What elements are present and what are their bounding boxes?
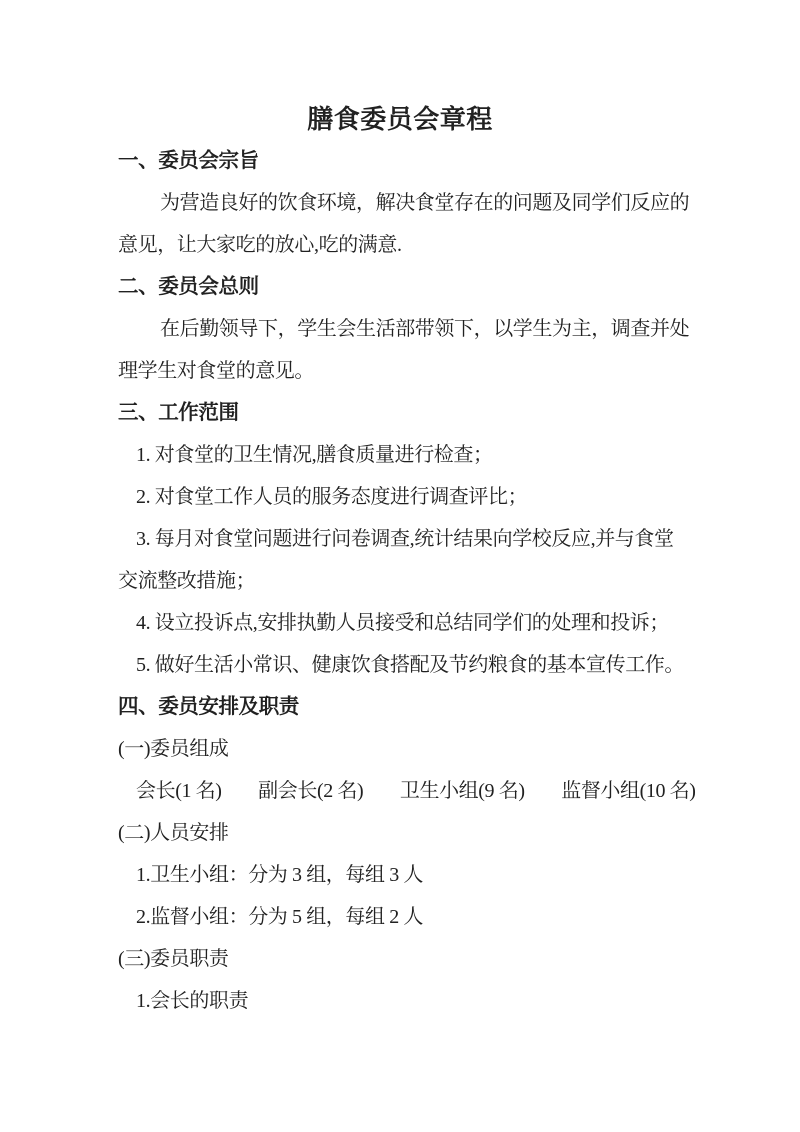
- list-item-line: 5. 做好生活小常识、健康饮食搭配及节约粮食的基本宣传工作。: [118, 644, 682, 686]
- composition-item: 副会长(2 名): [258, 780, 363, 802]
- composition-item: 监督小组(10 名): [561, 780, 695, 802]
- section-1-heading: 一、委员会宗旨: [118, 140, 682, 182]
- composition-item: 卫生小组(9 名): [400, 780, 525, 802]
- list-item-line: 4. 设立投诉点,安排执勤人员接受和总结同学们的处理和投诉；: [118, 602, 682, 644]
- composition-item: 会长(1 名): [136, 780, 222, 802]
- document-title: 膳食委员会章程: [118, 100, 682, 140]
- subsection-label: (三)委员职责: [118, 938, 682, 980]
- section-2-heading: 二、委员会总则: [118, 266, 682, 308]
- list-item-line: 1. 对食堂的卫生情况,膳食质量进行检查；: [118, 434, 682, 476]
- subsection-label: (二)人员安排: [118, 812, 682, 854]
- composition-row: 会长(1 名) 副会长(2 名) 卫生小组(9 名) 监督小组(10 名): [118, 770, 682, 812]
- list-item-line: 1.卫生小组：分为 3 组，每组 3 人: [118, 854, 682, 896]
- subsection-label: (一)委员组成: [118, 728, 682, 770]
- list-item-line: 3. 每月对食堂问题进行问卷调查,统计结果向学校反应,并与食堂: [118, 518, 682, 560]
- document-page: 膳食委员会章程 一、委员会宗旨 为营造良好的饮食环境，解决食堂存在的问题及同学们…: [0, 0, 800, 1132]
- paragraph-line: 理学生对食堂的意见。: [118, 350, 682, 392]
- paragraph-line: 在后勤领导下，学生会生活部带领下，以学生为主，调查并处: [118, 308, 682, 350]
- paragraph-line: 为营造良好的饮食环境，解决食堂存在的问题及同学们反应的: [118, 182, 682, 224]
- section-4-heading: 四、委员安排及职责: [118, 686, 682, 728]
- list-item-line: 2. 对食堂工作人员的服务态度进行调查评比；: [118, 476, 682, 518]
- section-3-heading: 三、工作范围: [118, 392, 682, 434]
- list-item-line: 1.会长的职责: [118, 980, 682, 1022]
- paragraph-line: 意见，让大家吃的放心,吃的满意.: [118, 224, 682, 266]
- list-item-line: 2.监督小组：分为 5 组，每组 2 人: [118, 896, 682, 938]
- list-item-continuation-line: 交流整改措施；: [118, 560, 682, 602]
- document-content: 膳食委员会章程 一、委员会宗旨 为营造良好的饮食环境，解决食堂存在的问题及同学们…: [0, 0, 800, 1022]
